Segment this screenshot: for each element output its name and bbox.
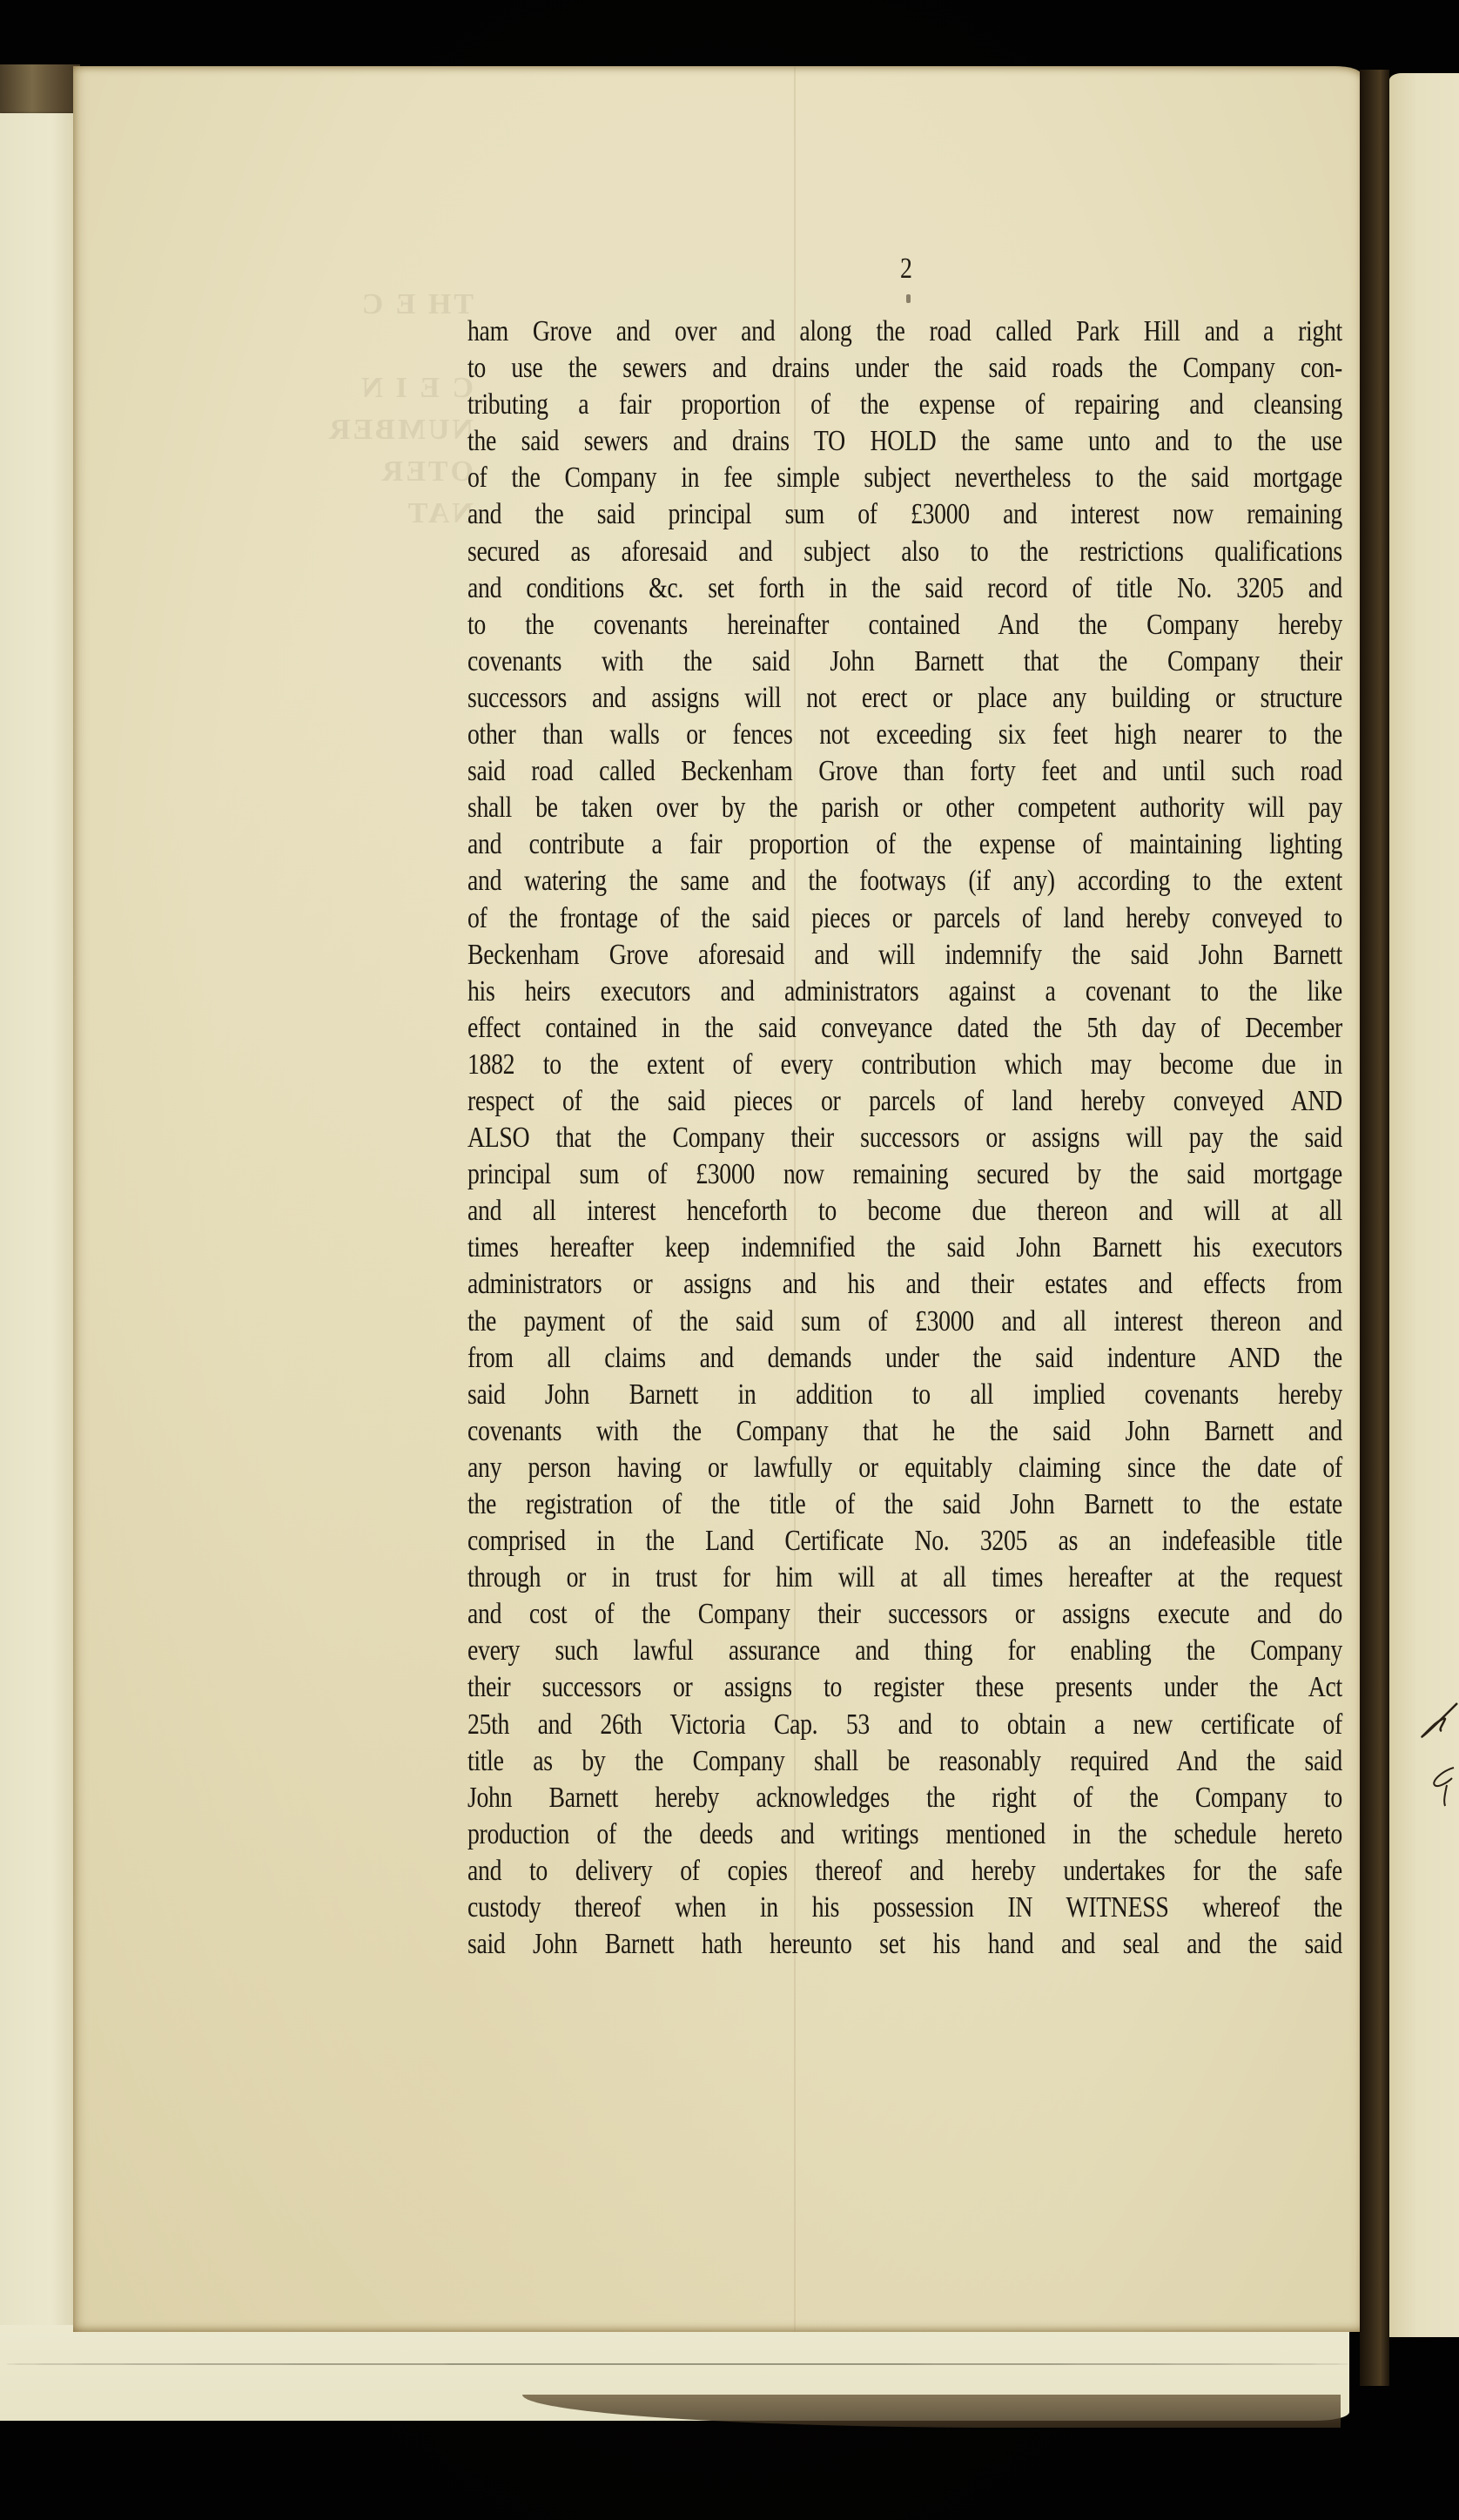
text-line: custody thereof when in his possession I… [467, 1890, 1342, 1926]
text-line: of the Company in fee simple subject nev… [467, 460, 1342, 496]
text-line: the payment of the said sum of £3000 and… [467, 1304, 1342, 1340]
text-line: and to delivery of copies thereof and he… [467, 1853, 1342, 1890]
text-line: through or in trust for him will at all … [467, 1560, 1342, 1596]
text-line: Beckenham Grove aforesaid and will indem… [467, 937, 1342, 974]
text-line: times hereafter keep indemnified the sai… [467, 1230, 1342, 1266]
binding-edge [0, 64, 80, 117]
text-line: and all interest henceforth to become du… [467, 1193, 1342, 1230]
handwritten-signature-fragment [1419, 1698, 1459, 1829]
text-line: tributing a fair proportion of the expen… [467, 387, 1342, 423]
page-gutter [1360, 70, 1389, 2386]
bleed-through-text: TH E C C E I N NUMBER OTER NAT [212, 284, 474, 535]
next-page-edge [1389, 73, 1459, 2337]
text-line: his heirs executors and administrators a… [467, 974, 1342, 1010]
text-line: the registration of the title of the sai… [467, 1486, 1342, 1523]
text-line: and conditions &c. set forth in the said… [467, 570, 1342, 607]
text-line: production of the deeds and writings men… [467, 1816, 1342, 1853]
text-line: effect contained in the said conveyance … [467, 1010, 1342, 1047]
text-line: John Barnett hereby acknowledges the rig… [467, 1780, 1342, 1816]
text-line: 25th and 26th Victoria Cap. 53 and to ob… [467, 1707, 1342, 1743]
text-line: to use the sewers and drains under the s… [467, 350, 1342, 387]
text-line: other than walls or fences not exceeding… [467, 717, 1342, 753]
text-line: of the frontage of the said pieces or pa… [467, 900, 1342, 937]
text-line: ALSO that the Company their successors o… [467, 1120, 1342, 1156]
text-line: from all claims and demands under the sa… [467, 1340, 1342, 1377]
text-line: covenants with the said John Barnett tha… [467, 643, 1342, 680]
text-line: covenants with the Company that he the s… [467, 1413, 1342, 1450]
text-line: administrators or assigns and his and th… [467, 1266, 1342, 1303]
page-number: 2 [900, 253, 912, 286]
deed-body-text: ham Grove and over and along the road ca… [467, 313, 1342, 1963]
text-line: respect of the said pieces or parcels of… [467, 1083, 1342, 1120]
text-line: every such lawful assurance and thing fo… [467, 1633, 1342, 1669]
text-line: successors and assigns will not erect or… [467, 680, 1342, 717]
text-line: comprised in the Land Certificate No. 32… [467, 1523, 1342, 1560]
text-line: said John Barnett in addition to all imp… [467, 1377, 1342, 1413]
text-line: the said sewers and drains TO HOLD the s… [467, 423, 1342, 460]
text-line: shall be taken over by the parish or oth… [467, 790, 1342, 826]
text-line: said John Barnett hath hereunto set his … [467, 1926, 1342, 1963]
text-line: and watering the same and the footways (… [467, 863, 1342, 900]
text-line: ham Grove and over and along the road ca… [467, 313, 1342, 350]
text-line: 1882 to the extent of every contribution… [467, 1047, 1342, 1083]
text-line: any person having or lawfully or equitab… [467, 1450, 1342, 1486]
text-line: their successors or assigns to register … [467, 1669, 1342, 1706]
text-line: and the said principal sum of £3000 and … [467, 496, 1342, 533]
text-line: and cost of the Company their successors… [467, 1596, 1342, 1633]
ink-mark [906, 294, 911, 303]
text-line: secured as aforesaid and subject also to… [467, 534, 1342, 570]
text-line: and contribute a fair proportion of the … [467, 826, 1342, 863]
text-line: said road called Beckenham Grove than fo… [467, 753, 1342, 790]
previous-page-edge [0, 113, 73, 2377]
text-line: title as by the Company shall be reasona… [467, 1743, 1342, 1780]
text-line: to the covenants hereinafter contained A… [467, 607, 1342, 643]
text-line: principal sum of £3000 now remaining sec… [467, 1156, 1342, 1193]
